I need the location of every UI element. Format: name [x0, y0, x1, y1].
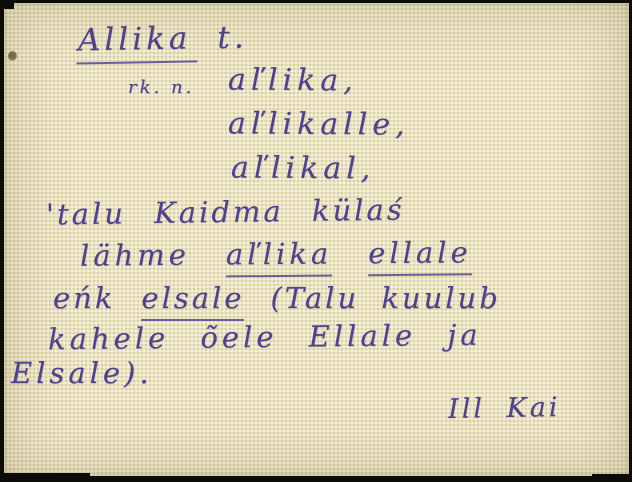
folk-name-abbr-text: rk. n.: [128, 77, 194, 98]
card-title-abbr: t.: [217, 20, 248, 57]
case-form-allative: aľlikalle,: [228, 106, 410, 142]
quote-text: 'talu Kaidma külaś: [46, 192, 405, 231]
sentence-name-underlined: ellale: [368, 235, 472, 276]
card-title-line: Allika t.: [76, 20, 248, 65]
case-form-text: aľlika,: [228, 63, 358, 99]
sentence-line-1: lähme aľlika ellale: [80, 235, 472, 278]
note-card: Allika t. rk. n. aľlika, aľlikalle, aľli…: [4, 3, 629, 476]
sentence-verb: lähme: [80, 238, 190, 273]
case-form-text: aľlikal,: [231, 150, 376, 186]
sentence-parenthetical-start: (Talu kuulub: [270, 281, 500, 315]
sentence-line-3: kahele õele Ellale ja: [48, 318, 482, 357]
scan-edge-notch: [0, 473, 90, 482]
scan-edge-notch: [592, 474, 632, 482]
signature-text: Ill Kai: [448, 392, 561, 425]
quote-line: 'talu Kaidma külaś: [46, 192, 405, 231]
folk-name-abbr: rk. n.: [128, 77, 194, 98]
sentence-name2-underlined: elsale: [141, 281, 244, 321]
collector-signature: Ill Kai: [448, 392, 561, 425]
case-form-adessive: aľlikal,: [231, 150, 376, 186]
sentence-conjunction: eńk: [53, 281, 115, 315]
scanned-card-photo: Allika t. rk. n. aľlika, aľlikalle, aľli…: [0, 0, 632, 482]
case-form-text: aľlikalle,: [228, 106, 410, 142]
pin-hole: [8, 51, 17, 61]
sentence-end: Elsale).: [11, 356, 153, 390]
sentence-line-2: eńk elsale (Talu kuulub: [53, 281, 501, 321]
scan-edge-notch: [0, 0, 14, 9]
card-title: Allika: [76, 20, 198, 64]
sentence-continuation: kahele õele Ellale ja: [48, 318, 482, 357]
sentence-line-4: Elsale).: [11, 356, 153, 390]
sentence-place-underlined: aľlika: [226, 237, 333, 278]
case-form-genitive: aľlika,: [228, 63, 358, 99]
